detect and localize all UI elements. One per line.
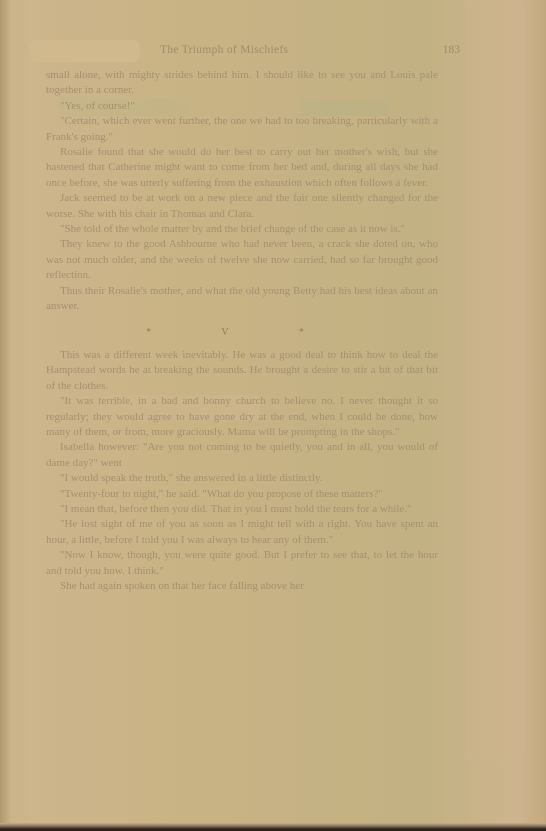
paragraph: "I mean that, before then you did. That …	[46, 502, 438, 517]
paragraph: "He lost sight of me of you as soon as I…	[46, 517, 438, 548]
section-break: * V *	[46, 325, 438, 340]
paragraph: small alone, with mighty strides behind …	[46, 68, 438, 99]
paragraph: Isabella however: "Are you not coming to…	[46, 440, 438, 471]
paragraph: Rosalie found that she would do her best…	[46, 145, 438, 191]
paragraph: This was a different week inevitably. He…	[46, 348, 438, 394]
paragraph: Thus their Rosalie's mother, and what th…	[46, 284, 438, 315]
paragraph: "Certain, which ever went further, the o…	[46, 114, 438, 145]
paragraph: "I would speak the truth," she answered …	[46, 471, 438, 486]
paragraph: Jack seemed to be at work on a new piece…	[46, 191, 438, 222]
paragraph: "Twenty-four to night," he said. "What d…	[46, 487, 438, 502]
scanned-book-page: The Triumph of Mischiefs 183 small alone…	[0, 0, 546, 831]
running-head: The Triumph of Mischiefs 183	[60, 44, 460, 60]
paragraph: They knew to the good Ashbourne who had …	[46, 237, 438, 283]
body-text: small alone, with mighty strides behind …	[46, 68, 438, 594]
running-head-title: The Triumph of Mischiefs	[160, 44, 288, 56]
paper-stain	[465, 0, 525, 760]
paragraph: She had again spoken on that her face fa…	[46, 579, 438, 594]
page-number: 183	[443, 44, 460, 56]
paragraph: "It was terrible, in a bad and bonny chu…	[46, 394, 438, 440]
paragraph: "Yes, of course!"	[46, 99, 438, 114]
paragraph: "Now I know, though, you were quite good…	[46, 548, 438, 579]
paragraph: "She told of the whole matter by and the…	[46, 222, 438, 237]
